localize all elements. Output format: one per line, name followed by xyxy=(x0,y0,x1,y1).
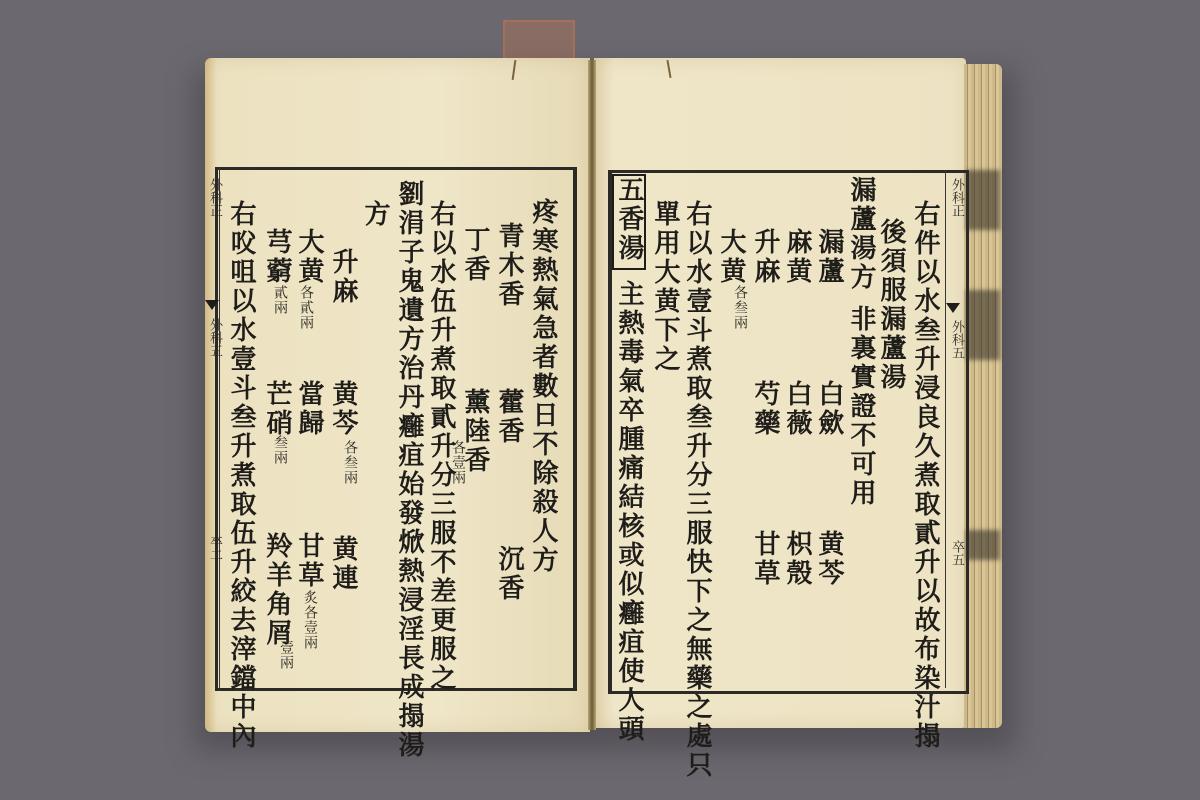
edge-ink-mark xyxy=(966,170,1000,230)
text-column: 單用大黄下之 xyxy=(650,200,680,374)
text-column: 方 xyxy=(360,200,390,229)
left-banxin xyxy=(205,167,220,691)
text-column: 非裏實證不可用 xyxy=(846,305,876,508)
dosage-note: 貳兩 xyxy=(270,285,290,315)
text-column: 羚羊角屑 xyxy=(262,532,292,648)
text-column: 沉香 xyxy=(494,545,524,603)
text-column: 枳殼 xyxy=(782,530,812,588)
text-column: 五香湯 xyxy=(614,176,644,263)
text-column: 丁香 xyxy=(460,226,490,284)
text-column: 大黄 xyxy=(294,228,324,286)
book-gutter xyxy=(588,60,596,730)
right-banxin-title: 外科正 xyxy=(947,178,966,217)
text-column: 漏蘆 xyxy=(814,228,844,286)
dosage-note: 各叁兩 xyxy=(340,440,360,485)
text-column: 右㕮咀以水壹斗叁升煮取伍升絞去滓鐺中內 xyxy=(226,200,256,751)
dosage-note: 炙各壹兩 xyxy=(300,590,320,650)
dosage-note: 叁兩 xyxy=(270,435,290,465)
text-column: 黄芩 xyxy=(328,380,358,438)
text-column: 當歸 xyxy=(294,380,324,438)
left-banxin-chapter: 外科五 xyxy=(205,318,224,357)
text-column: 甘草 xyxy=(294,532,324,590)
edge-ink-mark xyxy=(966,290,1000,360)
text-column: 甘草 xyxy=(750,530,780,588)
text-column: 右以水伍升煮取貳升分三服不差更服之 xyxy=(426,200,456,693)
text-column: 芒硝 xyxy=(262,380,292,438)
text-column: 黄芩 xyxy=(814,530,844,588)
right-banxin-chapter: 外科五 xyxy=(947,320,966,359)
text-column: 麻黄 xyxy=(782,228,812,286)
text-column: 右件以水叁升浸良久煮取貳升以故布染汁搨 xyxy=(910,200,940,751)
text-column: 青木香 xyxy=(494,222,524,309)
fish-tail-mark xyxy=(205,300,219,310)
left-banxin-page: 卒二 xyxy=(205,535,224,561)
dosage-note: 各叁兩 xyxy=(730,285,750,330)
text-column: 右以水壹斗煮取叁升分三服快下之無藥之處只 xyxy=(682,200,712,780)
text-column: 升麻 xyxy=(750,228,780,286)
text-column: 黄連 xyxy=(328,535,358,593)
left-banxin-title: 外科正 xyxy=(205,178,224,217)
text-column: 芍藥 xyxy=(750,380,780,438)
page-edges xyxy=(964,64,1002,728)
edge-ink-mark xyxy=(966,530,1000,560)
text-column: 大黄 xyxy=(716,228,746,286)
text-column: 芎藭 xyxy=(262,228,292,286)
text-column: 白薇 xyxy=(782,380,812,438)
text-column: 漏蘆湯方 xyxy=(846,176,876,292)
text-column: 主熱毒氣卒腫痛結核或似癰疽使人頭 xyxy=(614,280,644,744)
text-column: 疼寒熱氣急者數日不除殺人方 xyxy=(528,198,558,575)
right-banxin-page: 卒五 xyxy=(947,540,966,566)
dosage-note: 壹兩 xyxy=(276,640,296,670)
text-column: 升麻 xyxy=(328,248,358,306)
text-column: 劉涓子鬼遺方治丹癰疽始發焮熱浸淫長成搨湯 xyxy=(394,180,424,760)
text-column: 後須服漏蘆湯 xyxy=(876,218,906,392)
right-banxin xyxy=(945,170,963,688)
text-column: 白歛 xyxy=(814,380,844,438)
text-column: 藿香 xyxy=(494,388,524,446)
fish-tail-mark xyxy=(946,303,960,313)
dosage-note: 各貳兩 xyxy=(296,285,316,330)
